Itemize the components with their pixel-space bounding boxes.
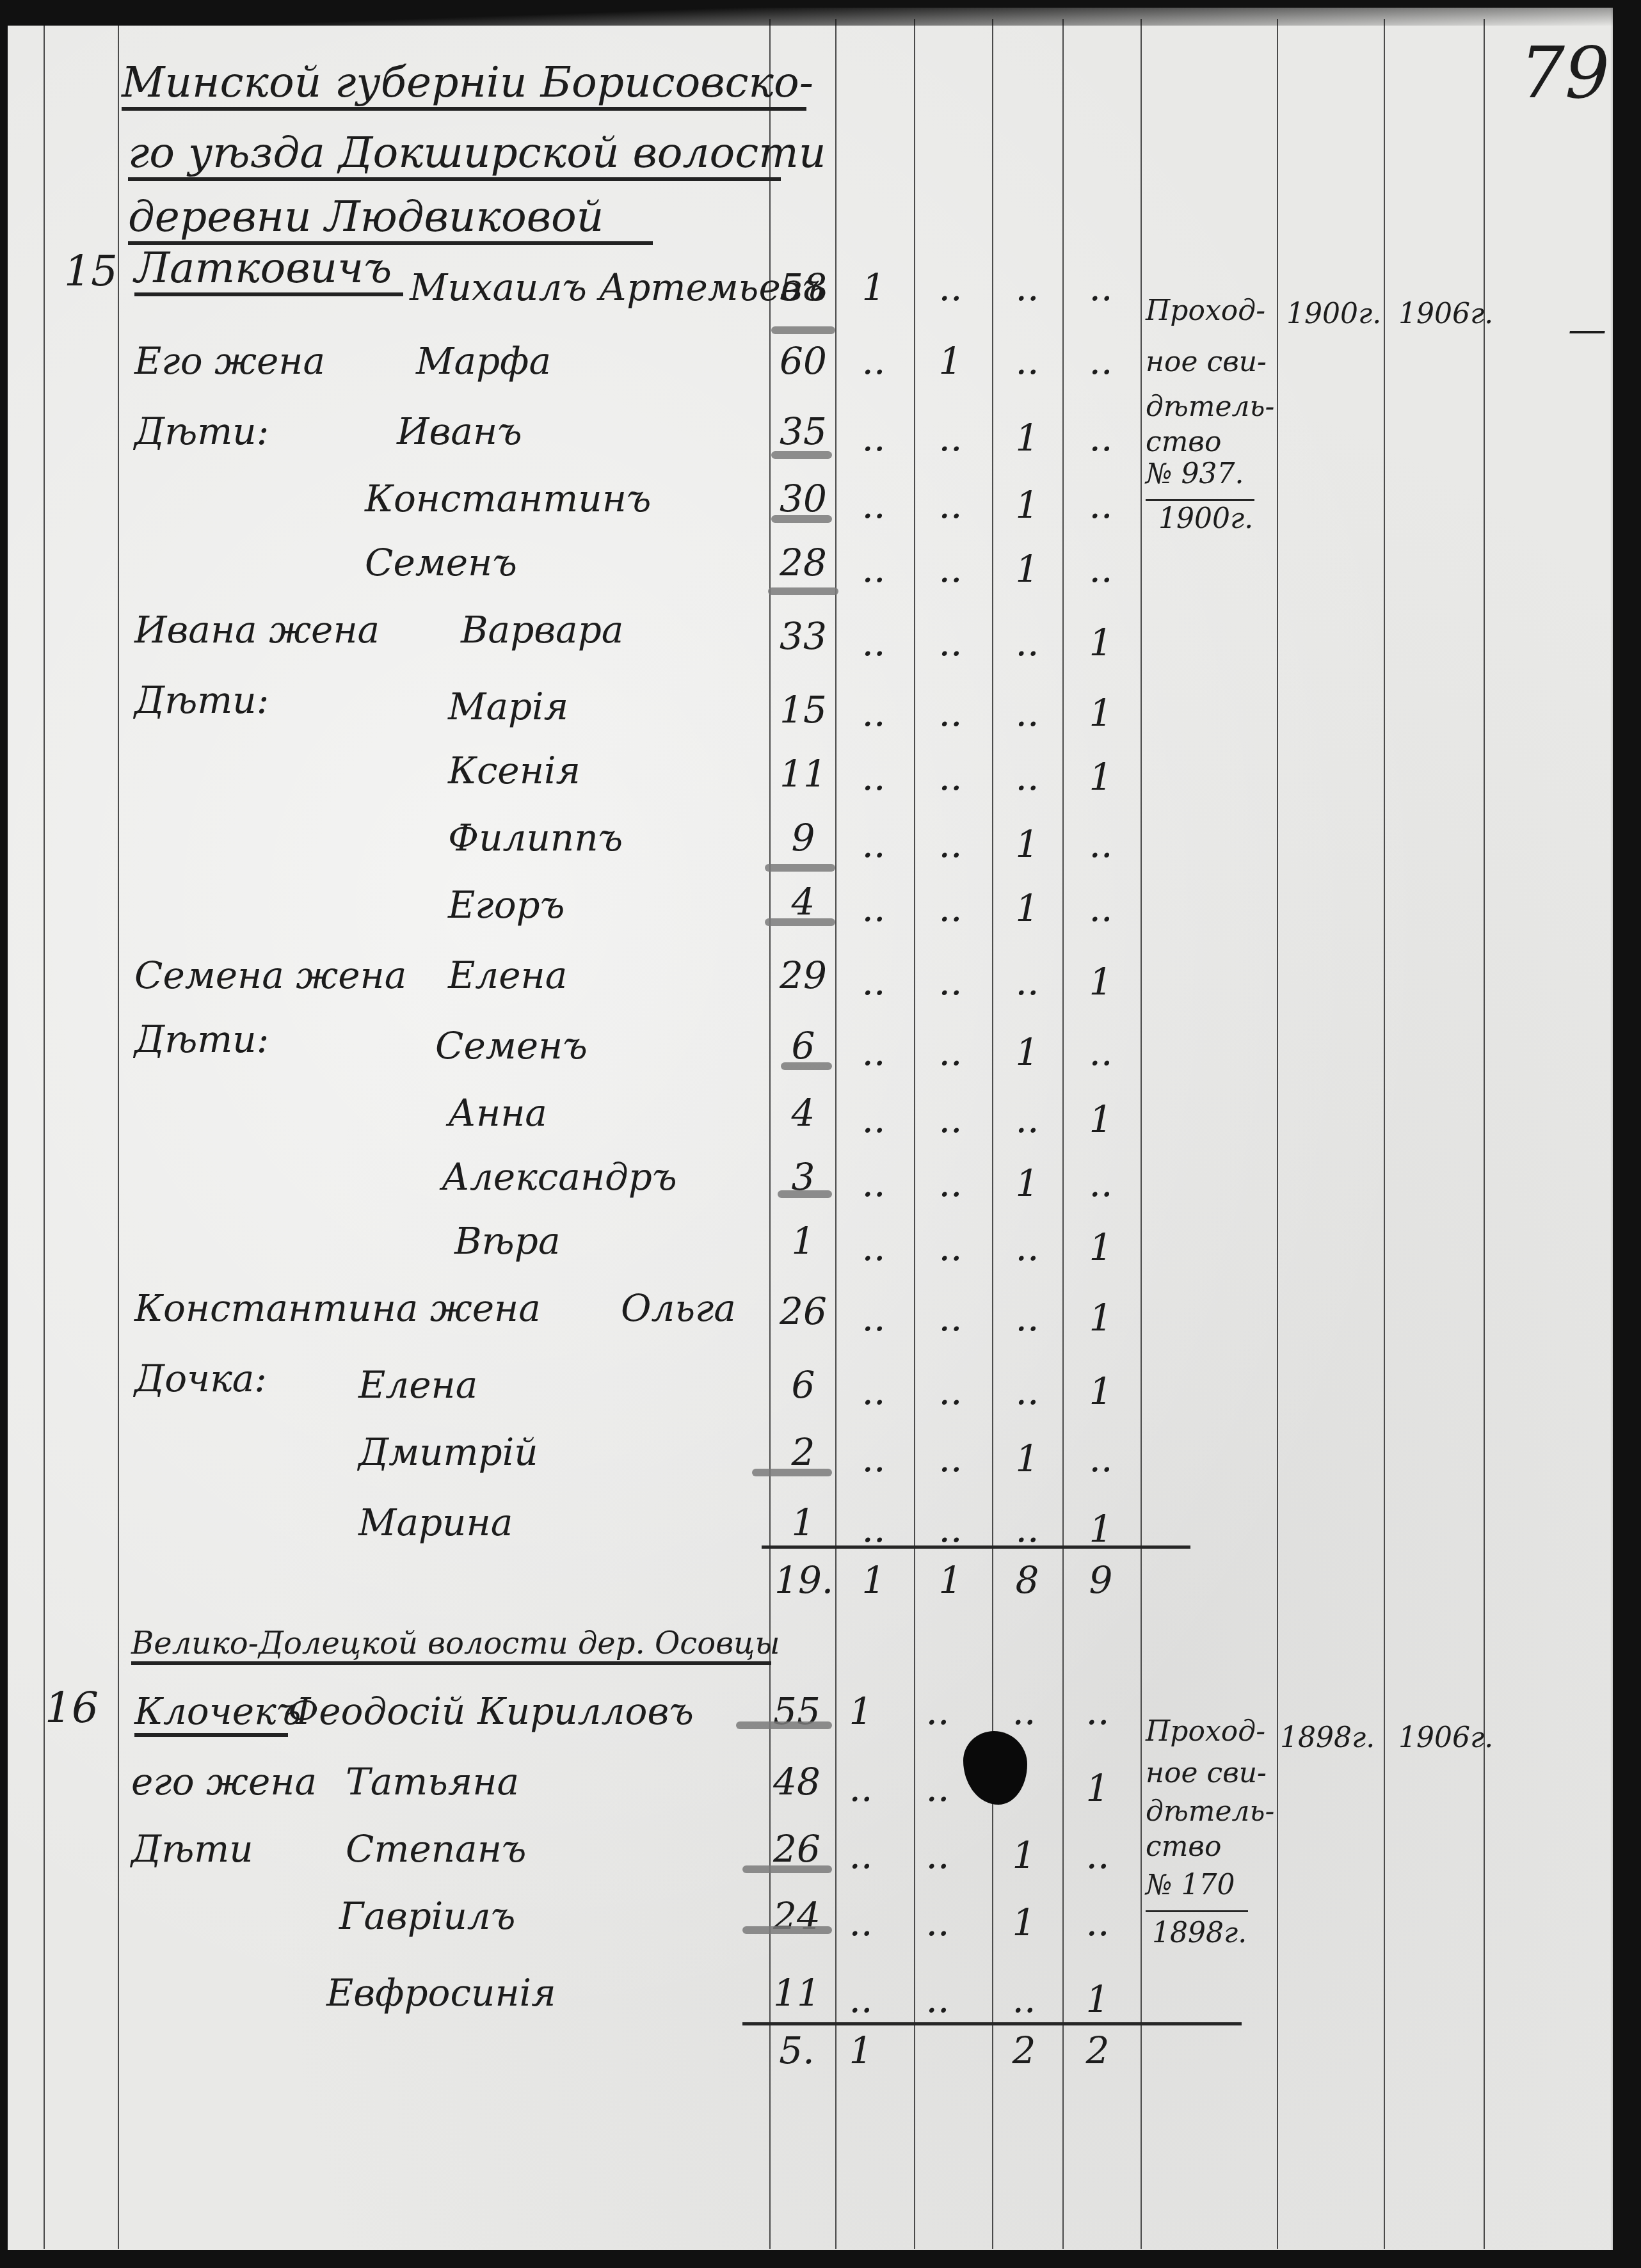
col1: ..: [845, 1507, 902, 1551]
col4: 1: [1072, 1296, 1130, 1339]
age: 29: [774, 954, 832, 997]
scan-edge-bottom: [0, 2251, 1641, 2268]
scan-edge-right: [1610, 0, 1641, 2268]
col3: ..: [998, 691, 1056, 735]
person-name: Феодосій Кирилловъ: [288, 1689, 694, 1733]
age: 30: [774, 477, 832, 520]
col2: ..: [909, 1833, 966, 1877]
document-number: № 170: [1146, 1869, 1235, 1901]
total-count: 5.: [768, 2029, 826, 2072]
year-issued: 1900г.: [1286, 298, 1381, 330]
col4: ..: [1072, 1030, 1130, 1074]
pencil-mark: [768, 587, 838, 595]
document-date: 1900г.: [1158, 502, 1253, 535]
col4: ..: [1069, 1689, 1126, 1733]
col3: ..: [998, 621, 1056, 664]
document-date: 1898г.: [1152, 1917, 1247, 1949]
column-rule: [1062, 19, 1064, 2249]
col3: 1: [998, 483, 1056, 527]
col1: ..: [845, 1370, 902, 1413]
col1: ..: [845, 1098, 902, 1141]
person-name: Семенъ: [435, 1024, 588, 1067]
col2: ..: [922, 1226, 979, 1269]
col4: 1: [1072, 621, 1130, 664]
person-name: Татьяна: [346, 1760, 519, 1803]
age: 1: [774, 1219, 832, 1263]
person-name: Александръ: [442, 1155, 677, 1199]
person-name: Анна: [448, 1091, 547, 1135]
person-name: Марія: [448, 685, 568, 728]
col3: ..: [998, 1226, 1056, 1269]
col1: ..: [845, 886, 902, 930]
col1: ..: [832, 1977, 890, 2021]
col1: ..: [832, 1766, 890, 1810]
age: 35: [774, 410, 832, 453]
col3: ..: [998, 960, 1056, 1003]
person-name: Марфа: [416, 339, 551, 383]
age: 15: [774, 688, 832, 731]
col3: 1: [998, 822, 1056, 866]
person-name: Дмитрій: [358, 1430, 538, 1474]
relation: его жена: [131, 1760, 317, 1803]
col4: 1: [1072, 1370, 1130, 1413]
relation: Дѣти:: [134, 1018, 269, 1061]
total-col2: 1: [922, 1558, 979, 1602]
relation: Константина жена: [134, 1286, 541, 1330]
col2: ..: [922, 1162, 979, 1205]
total-col4: 9: [1072, 1558, 1130, 1602]
age: 6: [774, 1024, 832, 1067]
person-name: Филиппъ: [448, 816, 623, 859]
col1: 1: [832, 1689, 890, 1733]
document-number: № 937.: [1146, 458, 1244, 490]
pencil-mark: [771, 326, 835, 334]
col2: ..: [922, 1507, 979, 1551]
col1: ..: [845, 1296, 902, 1339]
household-surname: Латковичъ: [134, 243, 403, 296]
col2: ..: [922, 416, 979, 459]
document-line: дѣтель-: [1146, 390, 1274, 423]
col4: ..: [1072, 266, 1130, 309]
header-line-3: деревни Людвиковой: [128, 192, 653, 245]
col4: ..: [1072, 483, 1130, 527]
col3: 1: [995, 1901, 1053, 1944]
total-col1: 1: [832, 2029, 890, 2072]
col3: 1: [998, 547, 1056, 591]
relation: Дѣти:: [134, 410, 269, 453]
person-name: Елена: [358, 1363, 477, 1407]
col1: ..: [845, 1437, 902, 1480]
relation: Семена жена: [134, 954, 406, 997]
total-col3: 2: [995, 2029, 1053, 2072]
person-name: Варвара: [461, 608, 623, 651]
margin-mark: —: [1568, 307, 1606, 352]
column-rule: [1141, 19, 1142, 2249]
person-name: Константинъ: [365, 477, 652, 520]
header-line-2: го уѣзда Докширской волости: [128, 128, 781, 181]
age: 4: [774, 1091, 832, 1135]
household-number: 16: [45, 1683, 99, 1732]
col3: 1: [998, 1162, 1056, 1205]
age: 4: [774, 880, 832, 923]
column-rule: [1384, 19, 1385, 2249]
col3: 1: [998, 886, 1056, 930]
total-count: 19.: [774, 1558, 832, 1602]
header-line-1: Минской губерніи Борисовско-: [122, 58, 806, 111]
col4: 1: [1072, 1226, 1130, 1269]
person-name: Семенъ: [365, 541, 517, 584]
age: 33: [774, 614, 832, 658]
age: 1: [774, 1501, 832, 1544]
column-rule: [44, 19, 45, 2249]
col4: ..: [1069, 1833, 1126, 1877]
col4: ..: [1072, 822, 1130, 866]
col4: 1: [1072, 1098, 1130, 1141]
person-name: Вѣра: [454, 1219, 561, 1263]
age: 9: [774, 816, 832, 859]
relation: Его жена: [134, 339, 325, 383]
col4: ..: [1072, 547, 1130, 591]
col3: 1: [998, 1437, 1056, 1480]
col4: 1: [1072, 755, 1130, 799]
pencil-mark: [742, 1865, 832, 1873]
household-surname: Клочекъ: [134, 1689, 288, 1737]
pencil-mark: [752, 1469, 832, 1476]
col2: ..: [922, 1370, 979, 1413]
col1: ..: [845, 621, 902, 664]
col4: 1: [1072, 691, 1130, 735]
age: 60: [774, 339, 832, 383]
pencil-mark: [765, 918, 835, 926]
age: 2: [774, 1430, 832, 1474]
relation: Дѣти: [131, 1827, 253, 1871]
col3: ..: [995, 1977, 1053, 2021]
col1: ..: [845, 691, 902, 735]
col2: ..: [922, 266, 979, 309]
col4: ..: [1072, 416, 1130, 459]
person-name: Степанъ: [346, 1827, 527, 1871]
person-name: Гавріилъ: [339, 1894, 515, 1938]
col1: ..: [845, 416, 902, 459]
total-col4: 2: [1069, 2029, 1126, 2072]
household-origin: Велико-Долецкой волости дер. Осовцы: [131, 1625, 771, 1665]
col3: ..: [998, 755, 1056, 799]
col1: ..: [845, 1226, 902, 1269]
document-rule: [1146, 1910, 1248, 1912]
relation: Дочка:: [134, 1357, 267, 1400]
col1: ..: [845, 483, 902, 527]
col1: 1: [845, 266, 902, 309]
col4: 1: [1069, 1766, 1126, 1810]
person-name: Евфросинія: [326, 1971, 556, 2015]
col2: ..: [909, 1689, 966, 1733]
column-rule: [118, 19, 119, 2249]
col2: ..: [922, 1437, 979, 1480]
col2: ..: [922, 1030, 979, 1074]
col4: 1: [1069, 1977, 1126, 2021]
col1: ..: [845, 755, 902, 799]
household-number: 15: [64, 246, 118, 296]
totals-rule: [762, 1545, 1190, 1549]
col2: ..: [922, 691, 979, 735]
page-number: 79: [1520, 32, 1610, 114]
pencil-mark: [771, 515, 832, 523]
col2: ..: [922, 483, 979, 527]
person-name: Елена: [448, 954, 567, 997]
age: 6: [774, 1363, 832, 1407]
age: 11: [774, 752, 832, 795]
relation: Ивана жена: [134, 608, 380, 651]
document-line: ство: [1146, 426, 1221, 458]
total-col3: 8: [998, 1558, 1056, 1602]
col3: ..: [998, 339, 1056, 383]
col3: 1: [998, 416, 1056, 459]
col4: ..: [1072, 339, 1130, 383]
person-name: Михаилъ Артемьевъ: [410, 266, 827, 309]
scan-edge-top: [0, 0, 1641, 26]
document-line: Проход-: [1146, 294, 1265, 327]
person-name: Егоръ: [448, 883, 564, 927]
col3: ..: [998, 1370, 1056, 1413]
col1: ..: [845, 547, 902, 591]
document-line: ство: [1146, 1830, 1221, 1863]
col1: ..: [845, 960, 902, 1003]
document-line: дѣтель-: [1146, 1795, 1274, 1828]
year-valid: 1906г.: [1398, 1721, 1493, 1754]
pencil-mark: [771, 451, 832, 459]
col2: ..: [909, 1766, 966, 1810]
person-name: Иванъ: [397, 410, 522, 453]
person-name: Ольга: [621, 1286, 736, 1330]
col4: ..: [1072, 1437, 1130, 1480]
col2: ..: [909, 1901, 966, 1944]
col2: ..: [922, 547, 979, 591]
age: 26: [768, 1827, 826, 1871]
pencil-mark: [781, 1062, 832, 1070]
pencil-mark: [765, 864, 835, 872]
year-valid: 1906г.: [1398, 298, 1493, 330]
col4: ..: [1069, 1901, 1126, 1944]
col3: ..: [998, 1098, 1056, 1141]
age: 26: [774, 1290, 832, 1333]
year-issued: 1898г.: [1280, 1721, 1375, 1754]
col4: ..: [1072, 886, 1130, 930]
col3: ..: [998, 266, 1056, 309]
column-rule: [992, 19, 993, 2249]
document-line: ное сви-: [1146, 346, 1267, 378]
col2: ..: [922, 960, 979, 1003]
col4: 1: [1072, 1507, 1130, 1551]
col2: ..: [922, 822, 979, 866]
col3: 1: [995, 1833, 1053, 1877]
col4: 1: [1072, 960, 1130, 1003]
col2: 1: [922, 339, 979, 383]
document-line: Проход-: [1146, 1715, 1265, 1748]
col1: ..: [845, 1162, 902, 1205]
col2: ..: [922, 621, 979, 664]
document-rule: [1146, 499, 1254, 501]
col1: ..: [845, 1030, 902, 1074]
col2: ..: [922, 755, 979, 799]
pencil-mark: [742, 1926, 832, 1934]
person-name: Ксенія: [448, 749, 580, 792]
age: 11: [768, 1971, 826, 2015]
col3: ..: [998, 1296, 1056, 1339]
col2: ..: [922, 1098, 979, 1141]
pencil-mark: [736, 1721, 832, 1729]
column-rule: [1484, 19, 1485, 2249]
document-line: ное сви-: [1146, 1757, 1267, 1789]
col3: ..: [998, 1507, 1056, 1551]
col1: ..: [832, 1833, 890, 1877]
age: 58: [774, 266, 832, 309]
age: 28: [774, 541, 832, 584]
col3: ..: [995, 1689, 1053, 1733]
col2: ..: [922, 886, 979, 930]
person-name: Марина: [358, 1501, 513, 1544]
col4: ..: [1072, 1162, 1130, 1205]
col2: ..: [922, 1296, 979, 1339]
pencil-mark: [778, 1190, 832, 1198]
col3: 1: [998, 1030, 1056, 1074]
col1: ..: [832, 1901, 890, 1944]
total-col1: 1: [845, 1558, 902, 1602]
col1: ..: [845, 339, 902, 383]
relation: Дѣти:: [134, 678, 269, 722]
col2: ..: [909, 1977, 966, 2021]
totals-rule: [742, 2022, 1242, 2025]
age: 48: [768, 1760, 826, 1803]
column-rule: [1277, 19, 1278, 2249]
col1: ..: [845, 822, 902, 866]
